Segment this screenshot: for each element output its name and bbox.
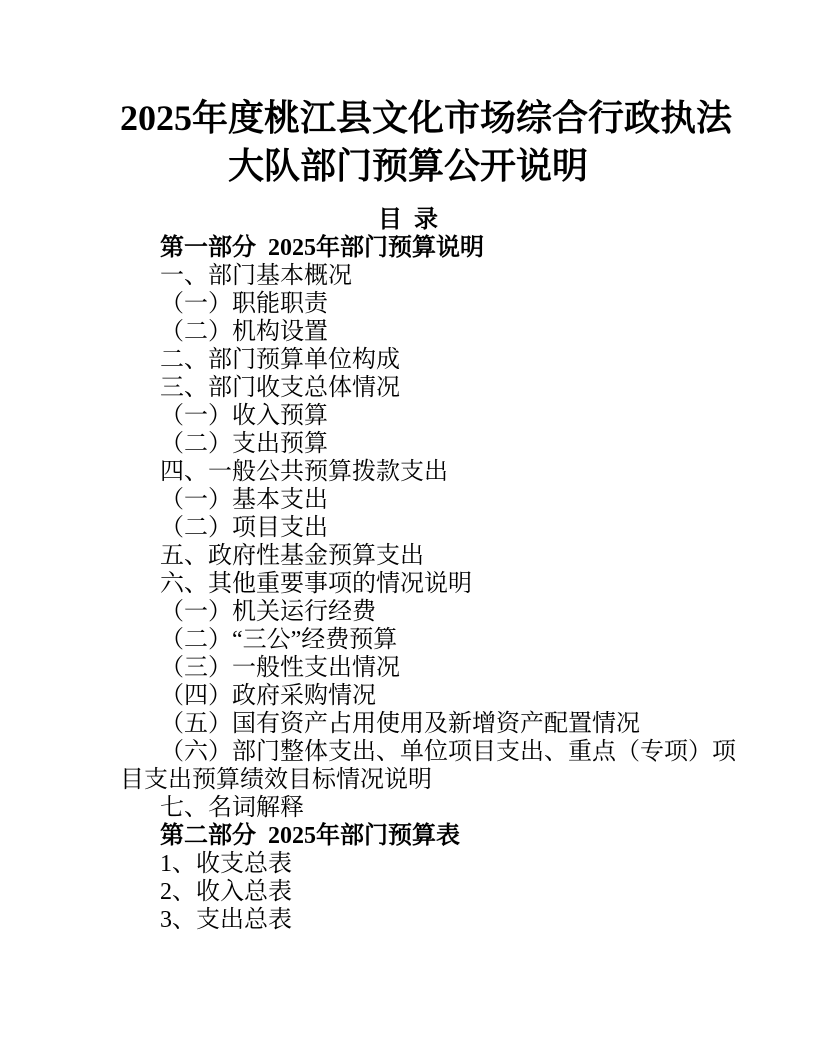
toc-line: （五）国有资产占用使用及新增资产配置情况	[120, 710, 696, 738]
toc-line: 七、名词解释	[120, 794, 696, 822]
toc-line: （二）支出预算	[120, 430, 696, 458]
toc-line: 目支出预算绩效目标情况说明	[120, 766, 696, 794]
toc-line: 三、部门收支总体情况	[120, 374, 696, 402]
toc-line: 六、其他重要事项的情况说明	[120, 570, 696, 598]
toc-line: （二）机构设置	[120, 318, 696, 346]
document-title-line-1: 2025年度桃江县文化市场综合行政执法	[120, 94, 696, 142]
toc-line: 一、部门基本概况	[120, 262, 696, 290]
document-title-line-2: 大队部门预算公开说明	[120, 142, 696, 190]
toc-line: 1、收支总表	[120, 850, 696, 878]
toc-line: （一）职能职责	[120, 290, 696, 318]
toc-list: 第一部分 2025年部门预算说明一、部门基本概况（一）职能职责（二）机构设置二、…	[120, 234, 696, 934]
toc-line: （四）政府采购情况	[120, 682, 696, 710]
toc-line: （一）收入预算	[120, 402, 696, 430]
toc-line: 第二部分 2025年部门预算表	[120, 822, 696, 850]
toc-line: 五、政府性基金预算支出	[120, 542, 696, 570]
toc-heading: 目 录	[120, 206, 696, 234]
toc-line: （一）机关运行经费	[120, 598, 696, 626]
toc-line: 第一部分 2025年部门预算说明	[120, 234, 696, 262]
document-title: 2025年度桃江县文化市场综合行政执法 大队部门预算公开说明	[120, 94, 696, 190]
page-content: 2025年度桃江县文化市场综合行政执法 大队部门预算公开说明 目 录 第一部分 …	[0, 94, 816, 934]
toc-line: 3、支出总表	[120, 906, 696, 934]
toc-line: 二、部门预算单位构成	[120, 346, 696, 374]
toc-line: （二）项目支出	[120, 514, 696, 542]
toc-line: （二）“三公”经费预算	[120, 626, 696, 654]
document-page: 2025年度桃江县文化市场综合行政执法 大队部门预算公开说明 目 录 第一部分 …	[0, 0, 816, 1056]
toc-line: 四、一般公共预算拨款支出	[120, 458, 696, 486]
toc-line: 2、收入总表	[120, 878, 696, 906]
toc-line: （一）基本支出	[120, 486, 696, 514]
toc-line: （三）一般性支出情况	[120, 654, 696, 682]
toc-line: （六）部门整体支出、单位项目支出、重点（专项）项	[120, 738, 696, 766]
